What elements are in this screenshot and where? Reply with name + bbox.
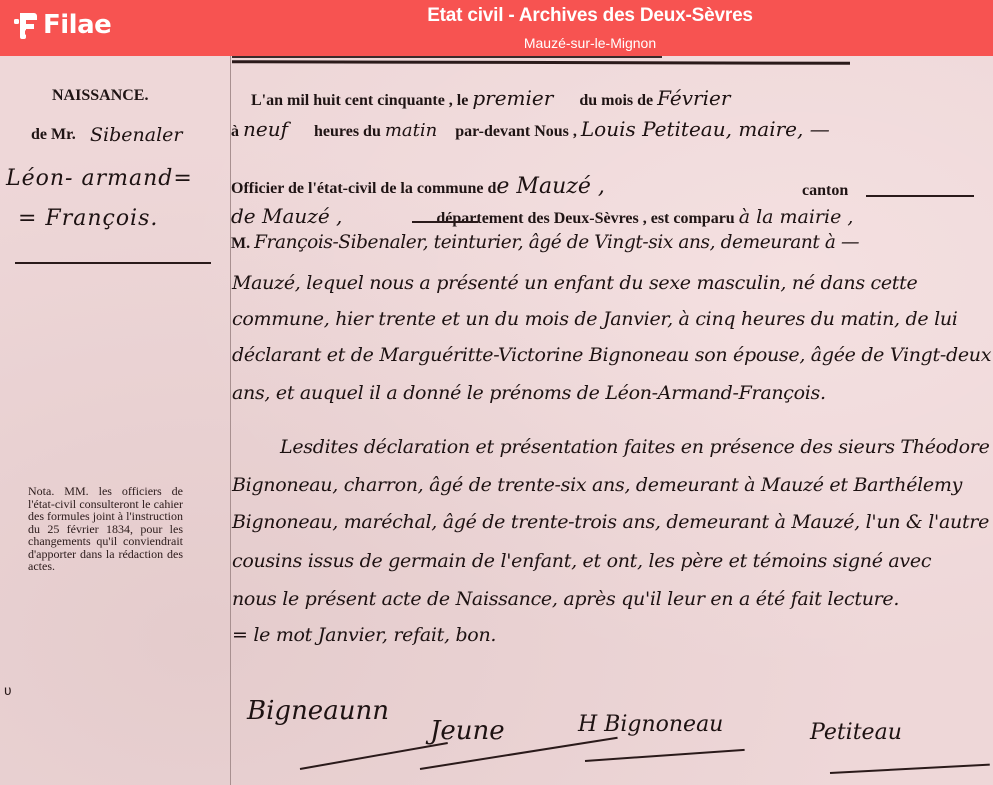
canton-label: canton [802,182,848,200]
margin-given-names-1: Léon- armand= [6,166,193,191]
handwritten-text: Février [657,86,730,110]
top-rule [232,56,662,58]
handwritten-text: à la mairie , [739,206,854,228]
handwritten-line: Lesdites déclaration et présentation fai… [280,436,990,458]
record-line-4: de Mauzé , département des Deux-Sèvres ,… [231,204,853,228]
record-line-1: L'an mil huit cent cinquante , le premie… [251,86,730,110]
margin-column: NAISSANCE. de Mr. Sibenaler Léon- armand… [0,56,230,785]
signature: Bigneaunn [247,696,389,726]
handwritten-line: Bignoneau, maréchal, âgé de trente-trois… [232,511,989,533]
margin-divider [230,56,231,785]
blank-rule [412,221,478,223]
handwritten-line: Bignoneau, charron, âgé de trente-six an… [232,474,962,496]
blank-rule [866,195,974,197]
app-header: Filae Etat civil - Archives des Deux-Sèv… [0,0,993,56]
printed-text: L'an mil huit cent cinquante , le [251,92,468,109]
handwritten-line: ans, et auquel il a donné le prénoms de … [232,382,826,404]
signature: H Bignoneau [578,712,723,737]
handwritten-line: nous le présent acte de Naissance, après… [232,588,899,610]
margin-given-names-2: = François. [18,206,158,231]
filae-logo-icon [14,11,40,39]
record-line-2: à neuf heures du matin par-devant Nous ,… [231,117,830,141]
margin-nota: Nota. MM. les officiers de l'état-civil … [28,485,183,573]
document-viewer[interactable]: NAISSANCE. de Mr. Sibenaler Léon- armand… [0,56,993,785]
record-line-5: M. François-Sibenaler, teinturier, âgé d… [231,232,859,253]
margin-surname: Sibenaler [90,124,182,146]
logo-text: Filae [43,10,111,40]
handwritten-line: Mauzé, lequel nous a présenté un enfant … [232,272,917,294]
handwritten-text: neuf [243,117,288,141]
handwritten-text: premier [472,86,553,110]
handwritten-text: François-Sibenaler, teinturier, âgé de V… [254,232,859,253]
printed-text: Officier de l'état-civil de la commune d [231,180,496,197]
record-line-3: Officier de l'état-civil de la commune d… [231,174,605,199]
title-block: Etat civil - Archives des Deux-Sèvres Ma… [290,4,890,53]
handwritten-line: commune, hier trente et un du mois de Ja… [232,308,958,330]
page-title: Etat civil - Archives des Deux-Sèvres [290,4,890,28]
handwritten-text: Louis Petiteau, maire, — [581,117,830,141]
handwritten-line: déclarant et de Marguéritte-Victorine Bi… [232,344,991,366]
handwritten-line: cousins issus de germain de l'enfant, et… [232,550,931,572]
printed-text: département des Deux-Sèvres , est compar… [436,210,734,227]
printed-text: du mois de [579,92,653,109]
margin-de-m: de Mr. [31,126,76,144]
handwritten-text: e Mauzé , [496,174,604,199]
record-heading: NAISSANCE. [52,87,148,105]
filae-logo[interactable]: Filae [14,9,111,41]
printed-text: par-devant Nous , [455,123,577,140]
printed-text: heures du [314,123,381,140]
handwritten-text: matin [385,120,437,141]
page-subtitle: Mauzé-sur-le-Mignon [290,33,890,53]
handwritten-text: de Mauzé , [231,204,342,228]
printed-text: M. [231,235,250,252]
margin-rule [15,262,211,264]
handwritten-line: = le mot Janvier, refait, bon. [232,624,496,646]
signature: Jeune [430,716,505,746]
margin-mark: ʋ [4,682,12,698]
signature: Petiteau [810,720,902,745]
printed-text: à [231,123,239,140]
